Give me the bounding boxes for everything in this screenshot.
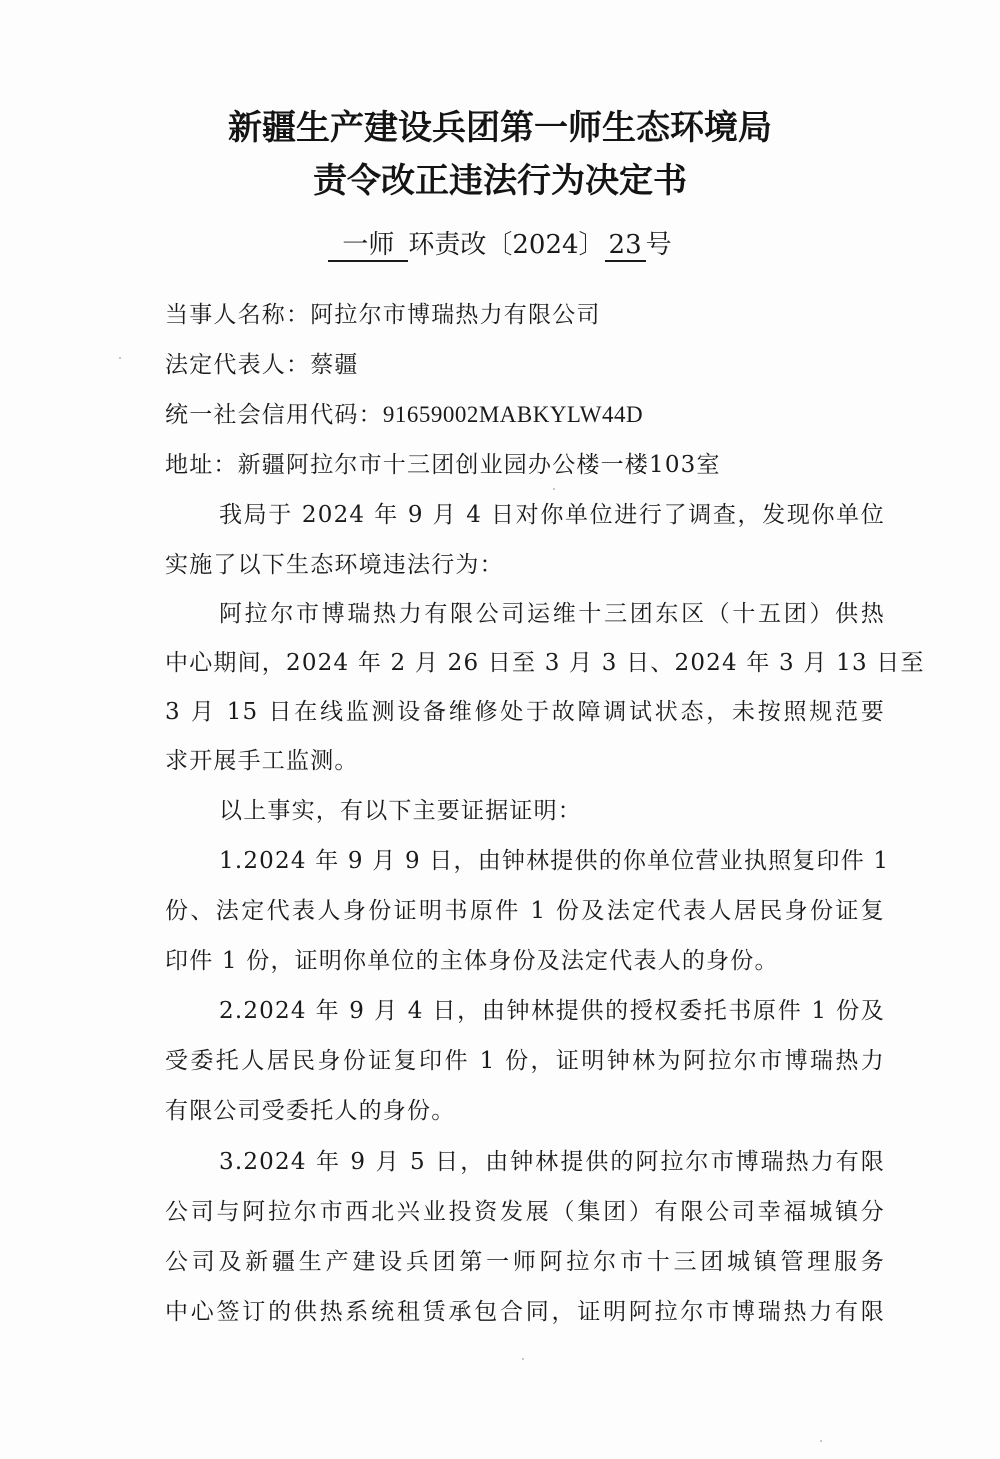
body-line: 实施了以下生态环境违法行为： [165,550,885,580]
document-type-title: 责令改正违法行为决定书 [0,153,1000,202]
legal-rep-value: 蔡疆 [310,352,358,378]
evidence-3-line: 公司与阿拉尔市西北兴业投资发展（集团）有限公司幸福城镇分 [165,1197,885,1227]
party-name-value: 阿拉尔市博瑞热力有限公司 [310,302,600,328]
scan-speck [553,488,555,490]
scan-speck [522,1358,524,1360]
scan-speck [820,1440,822,1442]
doc-number-middle: 环责改〔2024〕 [408,230,604,260]
address-label: 地址： [165,452,238,478]
scan-speck [119,357,121,359]
legal-rep-label: 法定代表人： [165,352,310,378]
document-page: 新疆生产建设兵团第一师生态环境局 责令改正违法行为决定书 一师环责改〔2024〕… [0,0,1000,1459]
evidence-1-line: 1.2024 年 9 月 9 日，由钟林提供的你单位营业执照复印件 1 [219,846,885,876]
address-value: 新疆阿拉尔市十三团创业园办公楼一楼103室 [238,452,721,478]
legal-rep-line: 法定代表人：蔡疆 [165,350,885,380]
document-number: 一师环责改〔2024〕23号 [0,224,1000,262]
doc-number-prefix: 一师 [328,230,408,262]
body-line: 中心期间，2024 年 2 月 26 日至 3 月 3 日、2024 年 3 月… [165,648,885,678]
evidence-3-line: 3.2024 年 9 月 5 日，由钟林提供的阿拉尔市博瑞热力有限 [219,1147,885,1177]
party-name-line: 当事人名称：阿拉尔市博瑞热力有限公司 [165,300,885,330]
body-line: 阿拉尔市博瑞热力有限公司运维十三团东区（十五团）供热 [219,599,885,629]
body-line: 3 月 15 日在线监测设备维修处于故障调试状态，未按照规范要 [165,697,885,727]
party-name-label: 当事人名称： [165,302,310,328]
credit-code-value: 91659002MABKYLW44D [383,402,643,427]
body-line: 我局于 2024 年 9 月 4 日对你单位进行了调查，发现你单位 [219,500,885,530]
evidence-1-line: 印件 1 份，证明你单位的主体身份及法定代表人的身份。 [165,946,885,976]
evidence-1-line: 份、法定代表人身份证明书原件 1 份及法定代表人居民身份证复 [165,896,885,926]
doc-number-suffix: 号 [646,230,672,260]
evidence-3-line: 公司及新疆生产建设兵团第一师阿拉尔市十三团城镇管理服务 [165,1247,885,1277]
evidence-2-line: 受委托人居民身份证复印件 1 份，证明钟林为阿拉尔市博瑞热力 [165,1046,885,1076]
body-line: 求开展手工监测。 [165,746,885,776]
credit-code-line: 统一社会信用代码：91659002MABKYLW44D [165,400,885,430]
doc-number-value: 23 [605,230,646,262]
address-line: 地址：新疆阿拉尔市十三团创业园办公楼一楼103室 [165,450,885,480]
evidence-2-line: 有限公司受委托人的身份。 [165,1096,885,1126]
issuing-authority-title: 新疆生产建设兵团第一师生态环境局 [0,100,1000,149]
evidence-2-line: 2.2024 年 9 月 4 日，由钟林提供的授权委托书原件 1 份及 [219,996,885,1026]
credit-code-label: 统一社会信用代码： [165,402,383,428]
body-line: 以上事实，有以下主要证据证明： [219,796,885,826]
evidence-3-line: 中心签订的供热系统租赁承包合同，证明阿拉尔市博瑞热力有限 [165,1297,885,1327]
